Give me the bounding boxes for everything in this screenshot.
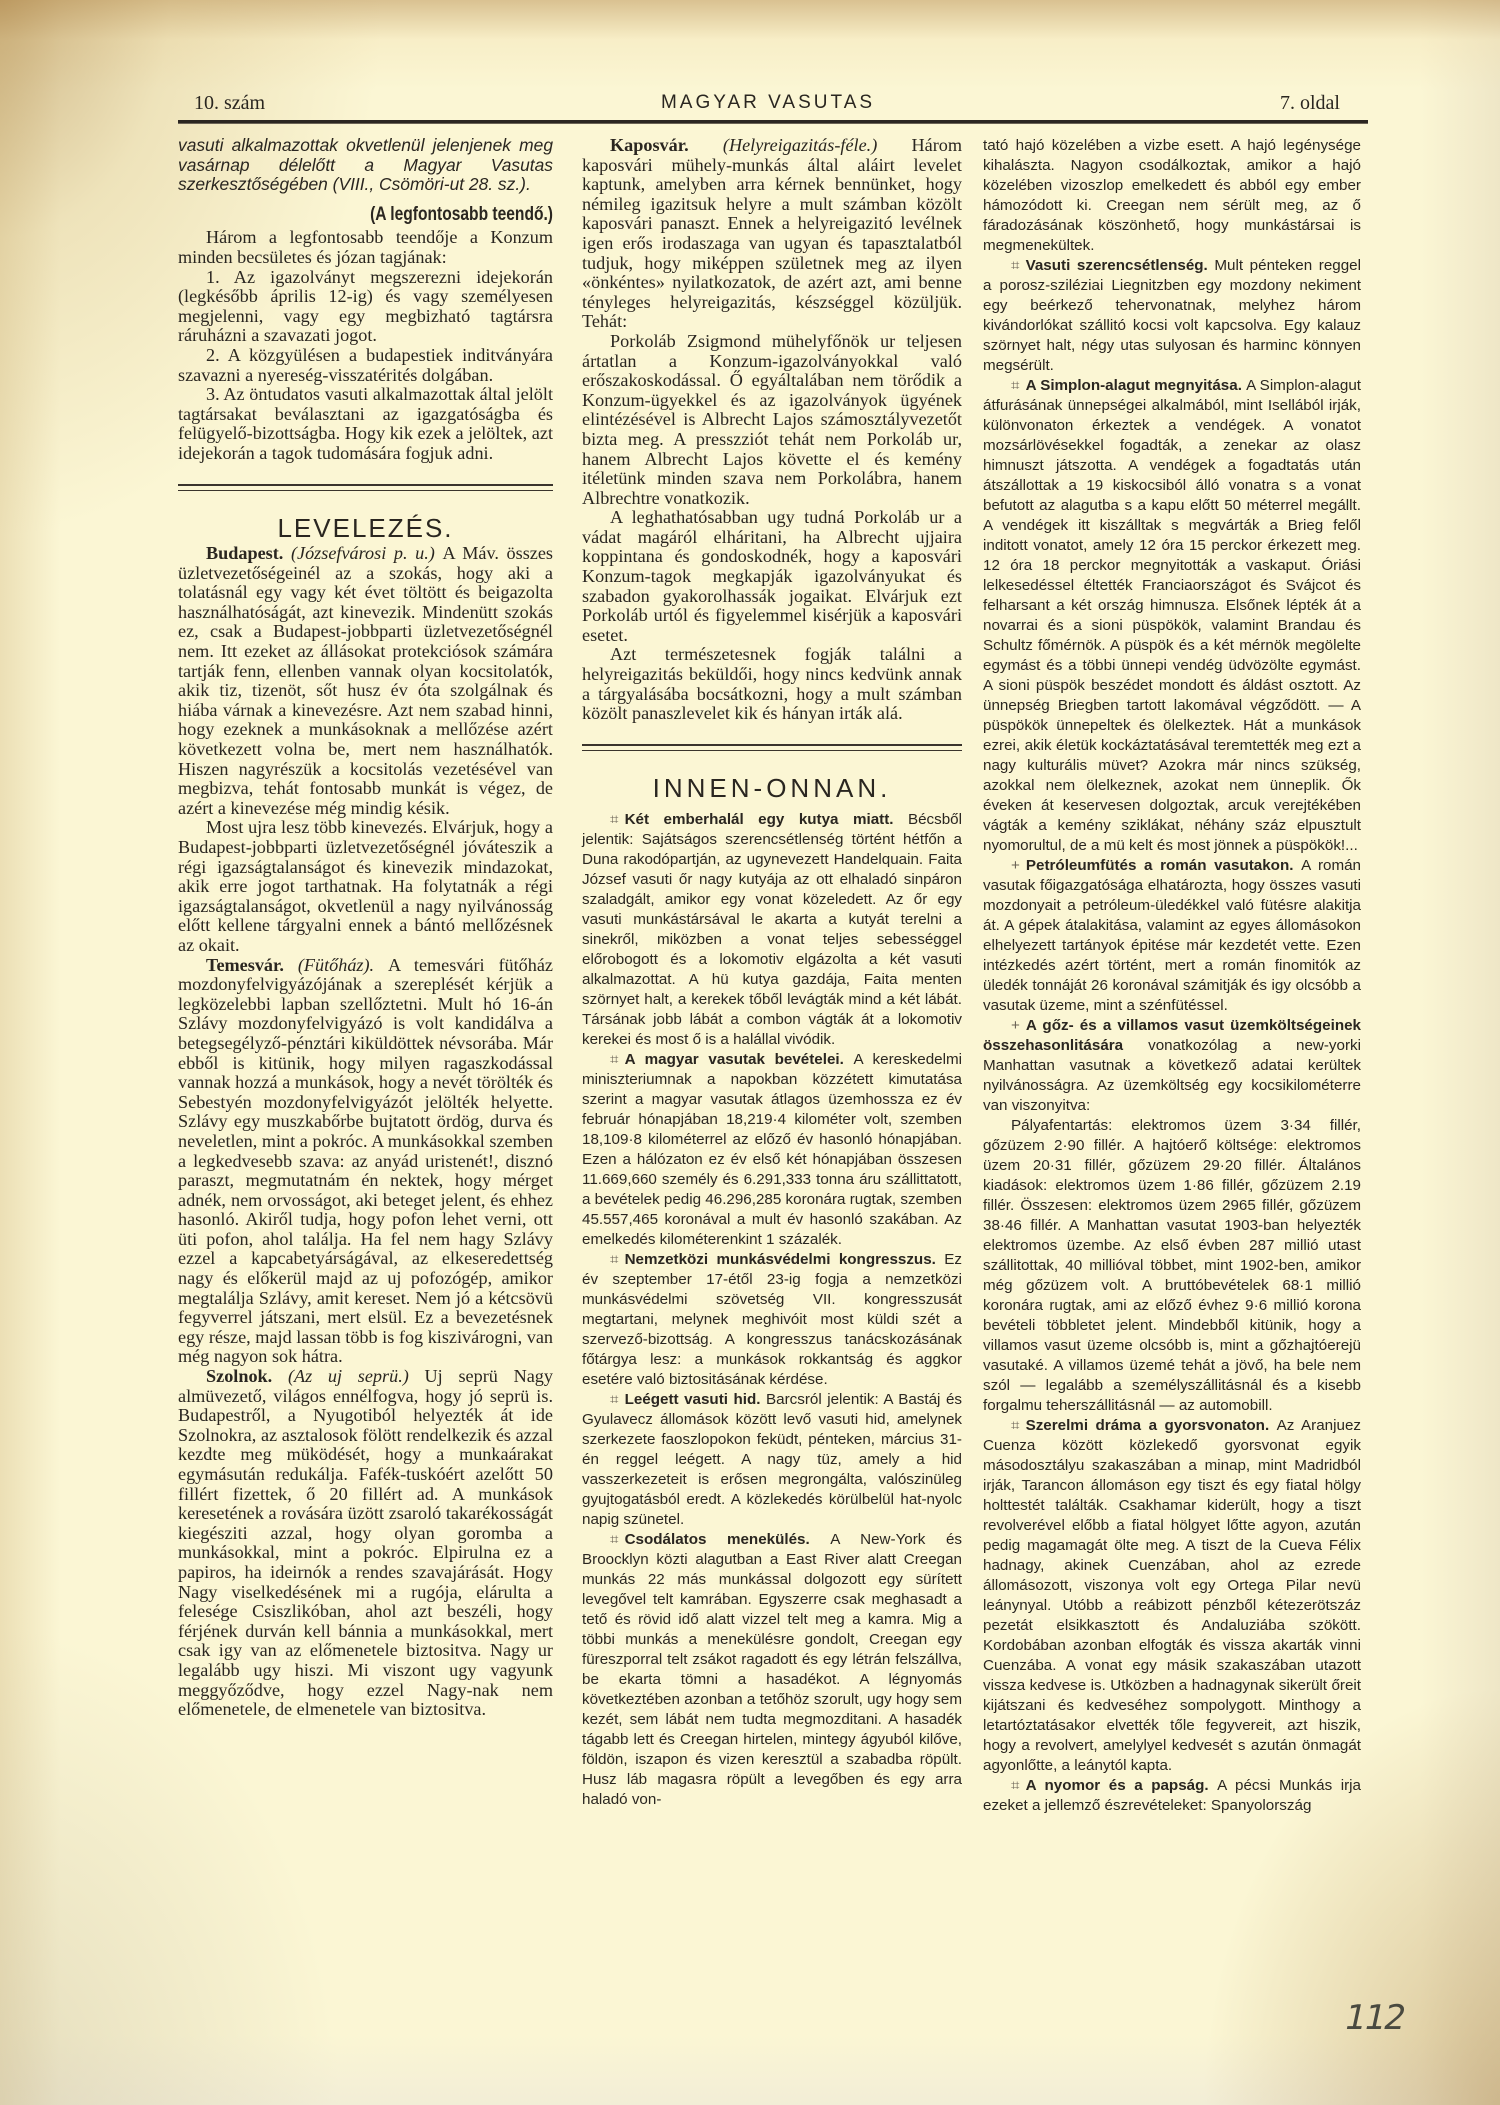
column-3: tató hajó közelében a vizbe esett. A haj… [983,136,1361,1816]
letter-text: Három kaposvári mühely-munkás által alái… [582,135,962,331]
news-text: Pályafentartás: elektromos üzem 3·34 fil… [983,1117,1361,1414]
news-item: ⌗A magyar vasutak bevételei. A kereskede… [582,1050,962,1250]
hash-mark-icon: ⌗ [1011,257,1020,274]
subheading: (A legfontosabb teendő.) [246,205,554,225]
letter-subtitle: (Józsefvárosi p. u.) [291,543,443,563]
news-text: Barcsról jelentik: A Bastáj és Gyulavecz… [582,1391,962,1528]
column-1: vasuti alkalmazottak okvetlenül jelenjen… [178,136,553,1720]
news-item: +A gőz- és a villamos vasut üzemköltsége… [983,1016,1361,1116]
news-text: Az Aranjuez Cuenza között közlekedő gyor… [983,1417,1361,1774]
news-text: Ez év szeptember 17-étől 23-ig fogja a n… [582,1251,962,1388]
section-divider [582,744,962,751]
letter-text: A leghathatósabban ugy tudná Porkoláb ur… [582,507,962,645]
letter-entry: A leghathatósabban ugy tudná Porkoláb ur… [582,508,962,645]
masthead-title: MAGYAR VASUTAS [178,92,1358,114]
hash-mark-icon: ⌗ [610,1391,619,1408]
letter-entry: Most ujra lesz több kinevezés. Elvárjuk,… [178,818,553,955]
section-divider [178,484,553,491]
news-headline: A nyomor és a papság. [1026,1777,1218,1794]
news-item: ⌗Csodálatos menekülés. A New-York és Bro… [582,1530,962,1810]
letter-subtitle: (Az uj seprü.) [288,1366,425,1386]
letter-entry: Budapest. (Józsefvárosi p. u.) A Máv. ös… [178,544,553,818]
hash-mark-icon: ⌗ [1011,377,1020,394]
letter-entry: Temesvár. (Fütőház). A temesvári fütőház… [178,956,553,1367]
letter-entry: Szolnok. (Az uj seprü.) Uj seprü Nagy al… [178,1367,553,1720]
news-text: Bécsből jelentik: Sajátságos szerencsétl… [582,811,962,1048]
news-text: A román vasutak főigazgatósága elhatároz… [983,857,1361,1014]
plus-mark-icon: + [1011,857,1020,874]
news-item: ⌗Két emberhalál egy kutya miatt. Bécsből… [582,810,962,1050]
news-item: +Petróleumfütés a román vasutakon. A rom… [983,856,1361,1016]
news-headline: Petróleumfütés a román vasutakon. [1026,857,1301,874]
letter-place: Temesvár. [206,955,298,975]
header-rule [178,120,1368,124]
page-number: 7. oldal [1280,92,1340,115]
hash-mark-icon: ⌗ [610,811,619,828]
news-headline: Két emberhalál egy kutya miatt. [625,811,908,828]
letter-entry: Porkoláb Zsigmond mühelyfőnök ur teljese… [582,332,962,508]
letter-text: Uj seprü Nagy almüvezető, világos ennélf… [178,1366,553,1719]
news-headline: Szerelmi dráma a gyorsvonaton. [1026,1417,1277,1434]
task-item: 1. Az igazolványt megszerezni idejekorán… [178,268,553,346]
news-item: ⌗Szerelmi dráma a gyorsvonaton. Az Aranj… [983,1416,1361,1776]
handwritten-page-annotation: 112 [1341,1998,1408,2038]
letter-subtitle: (Fütőház). [298,955,388,975]
news-headline: A magyar vasutak bevételei. [625,1051,854,1068]
news-headline: Csodálatos menekülés. [625,1531,831,1548]
letters-list: Kaposvár. (Helyreigazitás-féle.) Három k… [582,136,962,724]
letter-place: Kaposvár. [610,135,723,155]
news-item: ⌗A Simplon-alagut megnyitása. A Simplon-… [983,376,1361,856]
news-text: A kereskedelmi miniszteriumnak a napokba… [582,1051,962,1248]
page-header: 10. szám MAGYAR VASUTAS 7. oldal [178,92,1358,122]
news-headline: Nemzetközi munkásvédelmi kongresszus. [625,1251,945,1268]
letter-text: A Máv. összes üzletvezetőségeinél az a s… [178,543,553,818]
column-2: Kaposvár. (Helyreigazitás-féle.) Három k… [582,136,962,1810]
hash-mark-icon: ⌗ [610,1531,619,1548]
news-item: ⌗A nyomor és a papság. A pécsi Munkás ir… [983,1776,1361,1816]
news-item: ⌗Nemzetközi munkásvédelmi kongresszus. E… [582,1250,962,1390]
section-title-innen-onnan: INNEN-ONNAN. [582,779,962,799]
letter-text: Most ujra lesz több kinevezés. Elvárjuk,… [178,817,553,955]
news-text: A Simplon-alagut átfurásának ünnepségei … [983,377,1361,854]
intro-italic: vasuti alkalmazottak okvetlenül jelenjen… [178,136,553,195]
news-item: ⌗Leégett vasuti hid. Barcsról jelentik: … [582,1390,962,1530]
news-text: A New-York és Broocklyn közti alagutban … [582,1531,962,1808]
letter-place: Budapest. [206,543,291,563]
news-headline: A Simplon-alagut megnyitása. [1026,377,1247,394]
letter-text: Azt természetesnek fogják találni a hely… [582,644,962,723]
task-item: 3. Az öntudatos vasuti alkalmazottak ált… [178,385,553,463]
letter-text: A temesvári fütőház mozdonyfelvigyázóján… [178,955,553,1367]
news-list: ⌗Vasuti szerencsétlenség. Mult pénteken … [983,256,1361,1816]
hash-mark-icon: ⌗ [1011,1777,1020,1794]
news-headline: Vasuti szerencsétlenség. [1026,257,1215,274]
news-item: Pályafentartás: elektromos üzem 3·34 fil… [983,1116,1361,1416]
letter-entry: Azt természetesnek fogják találni a hely… [582,645,962,723]
news-item: ⌗Vasuti szerencsétlenség. Mult pénteken … [983,256,1361,376]
hash-mark-icon: ⌗ [610,1051,619,1068]
hash-mark-icon: ⌗ [610,1251,619,1268]
news-headline: Leégett vasuti hid. [625,1391,766,1408]
letter-text: Porkoláb Zsigmond mühelyfőnök ur teljese… [582,331,962,508]
letters-list: Budapest. (Józsefvárosi p. u.) A Máv. ös… [178,544,553,1720]
hash-mark-icon: ⌗ [1011,1417,1020,1434]
letter-subtitle: (Helyreigazitás-féle.) [723,135,912,155]
news-continuation: tató hajó közelében a vizbe esett. A haj… [983,136,1361,256]
letter-place: Szolnok. [206,1366,288,1386]
plus-mark-icon: + [1011,1017,1020,1034]
news-list: ⌗Két emberhalál egy kutya miatt. Bécsből… [582,810,962,1810]
tasks-intro: Három a legfontosabb teendője a Konzum m… [178,228,553,267]
news-text: Mult pénteken reggel a porosz-sziléziai … [983,257,1361,374]
section-title-levelezes: LEVELEZÉS. [178,519,553,539]
task-item: 2. A közgyülésen a budapestiek inditvány… [178,346,553,385]
letter-entry: Kaposvár. (Helyreigazitás-féle.) Három k… [582,136,962,332]
